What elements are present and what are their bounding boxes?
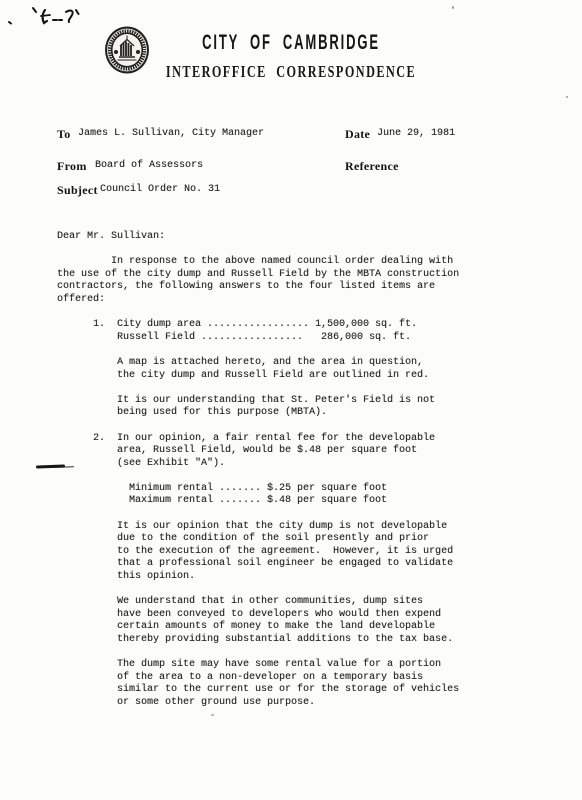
to-value: James L. Sullivan, City Manager (78, 128, 264, 139)
scan-speck (452, 6, 454, 9)
scan-speck (211, 714, 214, 716)
letterhead-subtitle: INTEROFFICE CORRESPONDENCE (81, 62, 500, 82)
body-paragraph: It is our opinion that the city dump is … (57, 521, 562, 584)
body-paragraph: In response to the above named council o… (57, 256, 562, 306)
body-list-item: 2. In our opinion, a fair rental fee for… (57, 433, 562, 471)
from-label: From (57, 159, 87, 174)
handwritten-scribble-mark (6, 3, 86, 29)
from-value: Board of Assessors (95, 160, 203, 171)
body-rental-table: Minimum rental ....... $.25 per square f… (57, 483, 562, 508)
subject-value: Council Order No. 31 (100, 184, 220, 195)
date-value: June 29, 1981 (377, 128, 455, 139)
body-list-item: 1. City dump area ................. 1,50… (57, 319, 562, 344)
document-page: CITY OF CAMBRIDGE INTEROFFICE CORRESPOND… (0, 0, 582, 800)
reference-label: Reference (345, 159, 399, 174)
body-paragraph: We understand that in other communities,… (57, 596, 562, 646)
to-label: To (57, 127, 71, 142)
letterhead-title: CITY OF CAMBRIDGE (111, 31, 472, 55)
body-paragraph: A map is attached hereto, and the area i… (57, 357, 562, 382)
body-paragraph: The dump site may have some rental value… (57, 659, 562, 709)
body-paragraph: It is our understanding that St. Peter's… (57, 395, 562, 420)
date-label: Date (345, 127, 370, 142)
subject-label: Subject (57, 183, 98, 198)
letter-body: Dear Mr. Sullivan: In response to the ab… (57, 231, 562, 710)
scan-speck (566, 96, 568, 98)
salutation: Dear Mr. Sullivan: (57, 231, 562, 244)
